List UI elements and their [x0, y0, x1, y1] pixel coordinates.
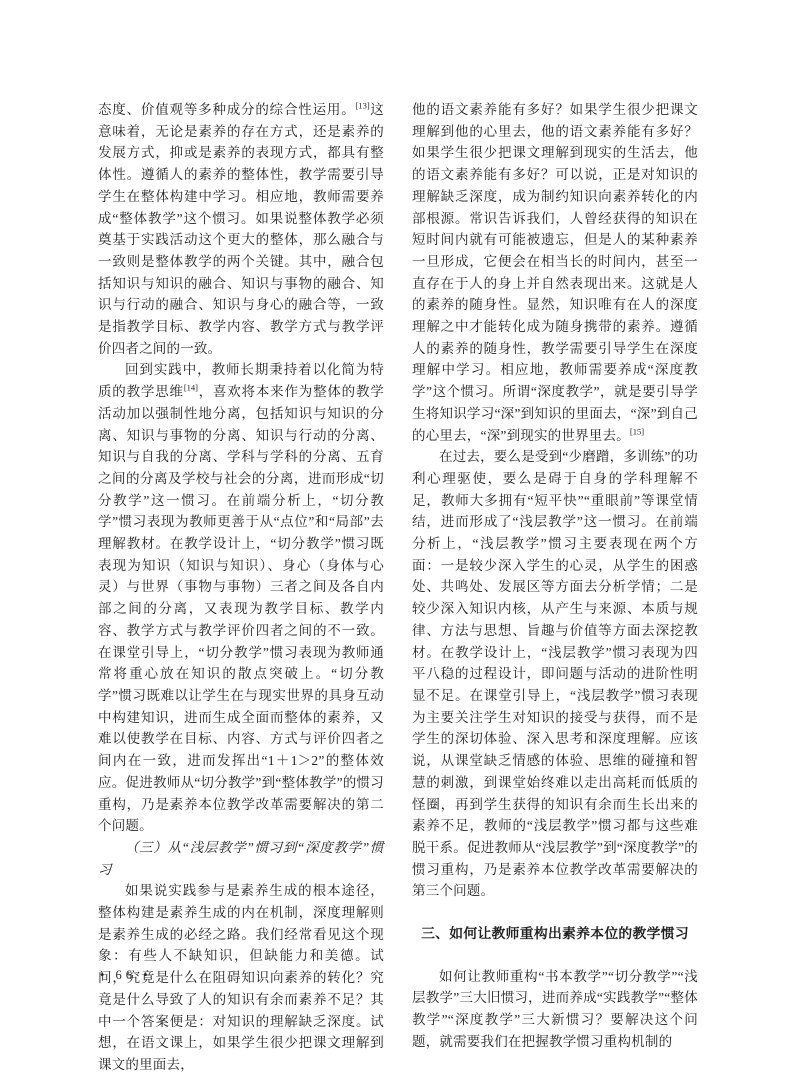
- paragraph: 在过去，要么是受到“少磨蹭，多训练”的功利心理驱使，要么是碍于自身的学科理解不足…: [412, 446, 698, 902]
- paragraph-continued: 他的语文素养能有多好？如果学生很少把课文理解到他的心里去，他的语文素养能有多好？…: [412, 99, 698, 446]
- two-column-text-area: 态度、价值观等多种成分的综合性运用。[13]这意味着，无论是素养的存在方式，还是…: [98, 99, 698, 1076]
- paragraph-text: 他的语文素养能有多好？如果学生很少把课文理解到他的心里去，他的语文素养能有多好？…: [412, 102, 698, 443]
- section-heading: 三、如何让教师重构出素养本位的教学惯习: [412, 923, 698, 945]
- left-column: 态度、价值观等多种成分的综合性运用。[13]这意味着，无论是素养的存在方式，还是…: [98, 99, 384, 1076]
- page-number: • 66 •: [100, 968, 152, 983]
- document-page: 态度、价值观等多种成分的综合性运用。[13]这意味着，无论是素养的存在方式，还是…: [0, 0, 800, 1077]
- footnote-ref-15: [15]: [630, 426, 644, 436]
- footnote-ref-14: [14]: [184, 383, 198, 393]
- subsection-heading: （三）从“浅层教学”惯习到“深度教学”惯习: [98, 837, 384, 880]
- footnote-ref-13: [13]: [356, 101, 370, 111]
- paragraph-text: 这意味着，无论是素养的存在方式，还是素养的发展方式，抑或是素养的表现方式，都具有…: [98, 102, 384, 356]
- paragraph: 回到实践中，教师长期秉持着以化简为特质的教学思维[14]，喜欢将本来作为整体的教…: [98, 359, 384, 836]
- paragraph: 如何让教师重构“书本教学”“切分教学”“浅层教学”三大旧惯习，进而养成“实践教学…: [412, 966, 698, 1053]
- paragraph-text: ，喜欢将本来作为整体的教学活动加以强制性地分离，包括知识与知识的分离、知识与事物…: [98, 384, 384, 833]
- right-column: 他的语文素养能有多好？如果学生很少把课文理解到他的心里去，他的语文素养能有多好？…: [412, 99, 698, 1076]
- paragraph-continued: 态度、价值观等多种成分的综合性运用。[13]这意味着，无论是素养的存在方式，还是…: [98, 99, 384, 359]
- paragraph-text: 态度、价值观等多种成分的综合性运用。: [98, 102, 356, 117]
